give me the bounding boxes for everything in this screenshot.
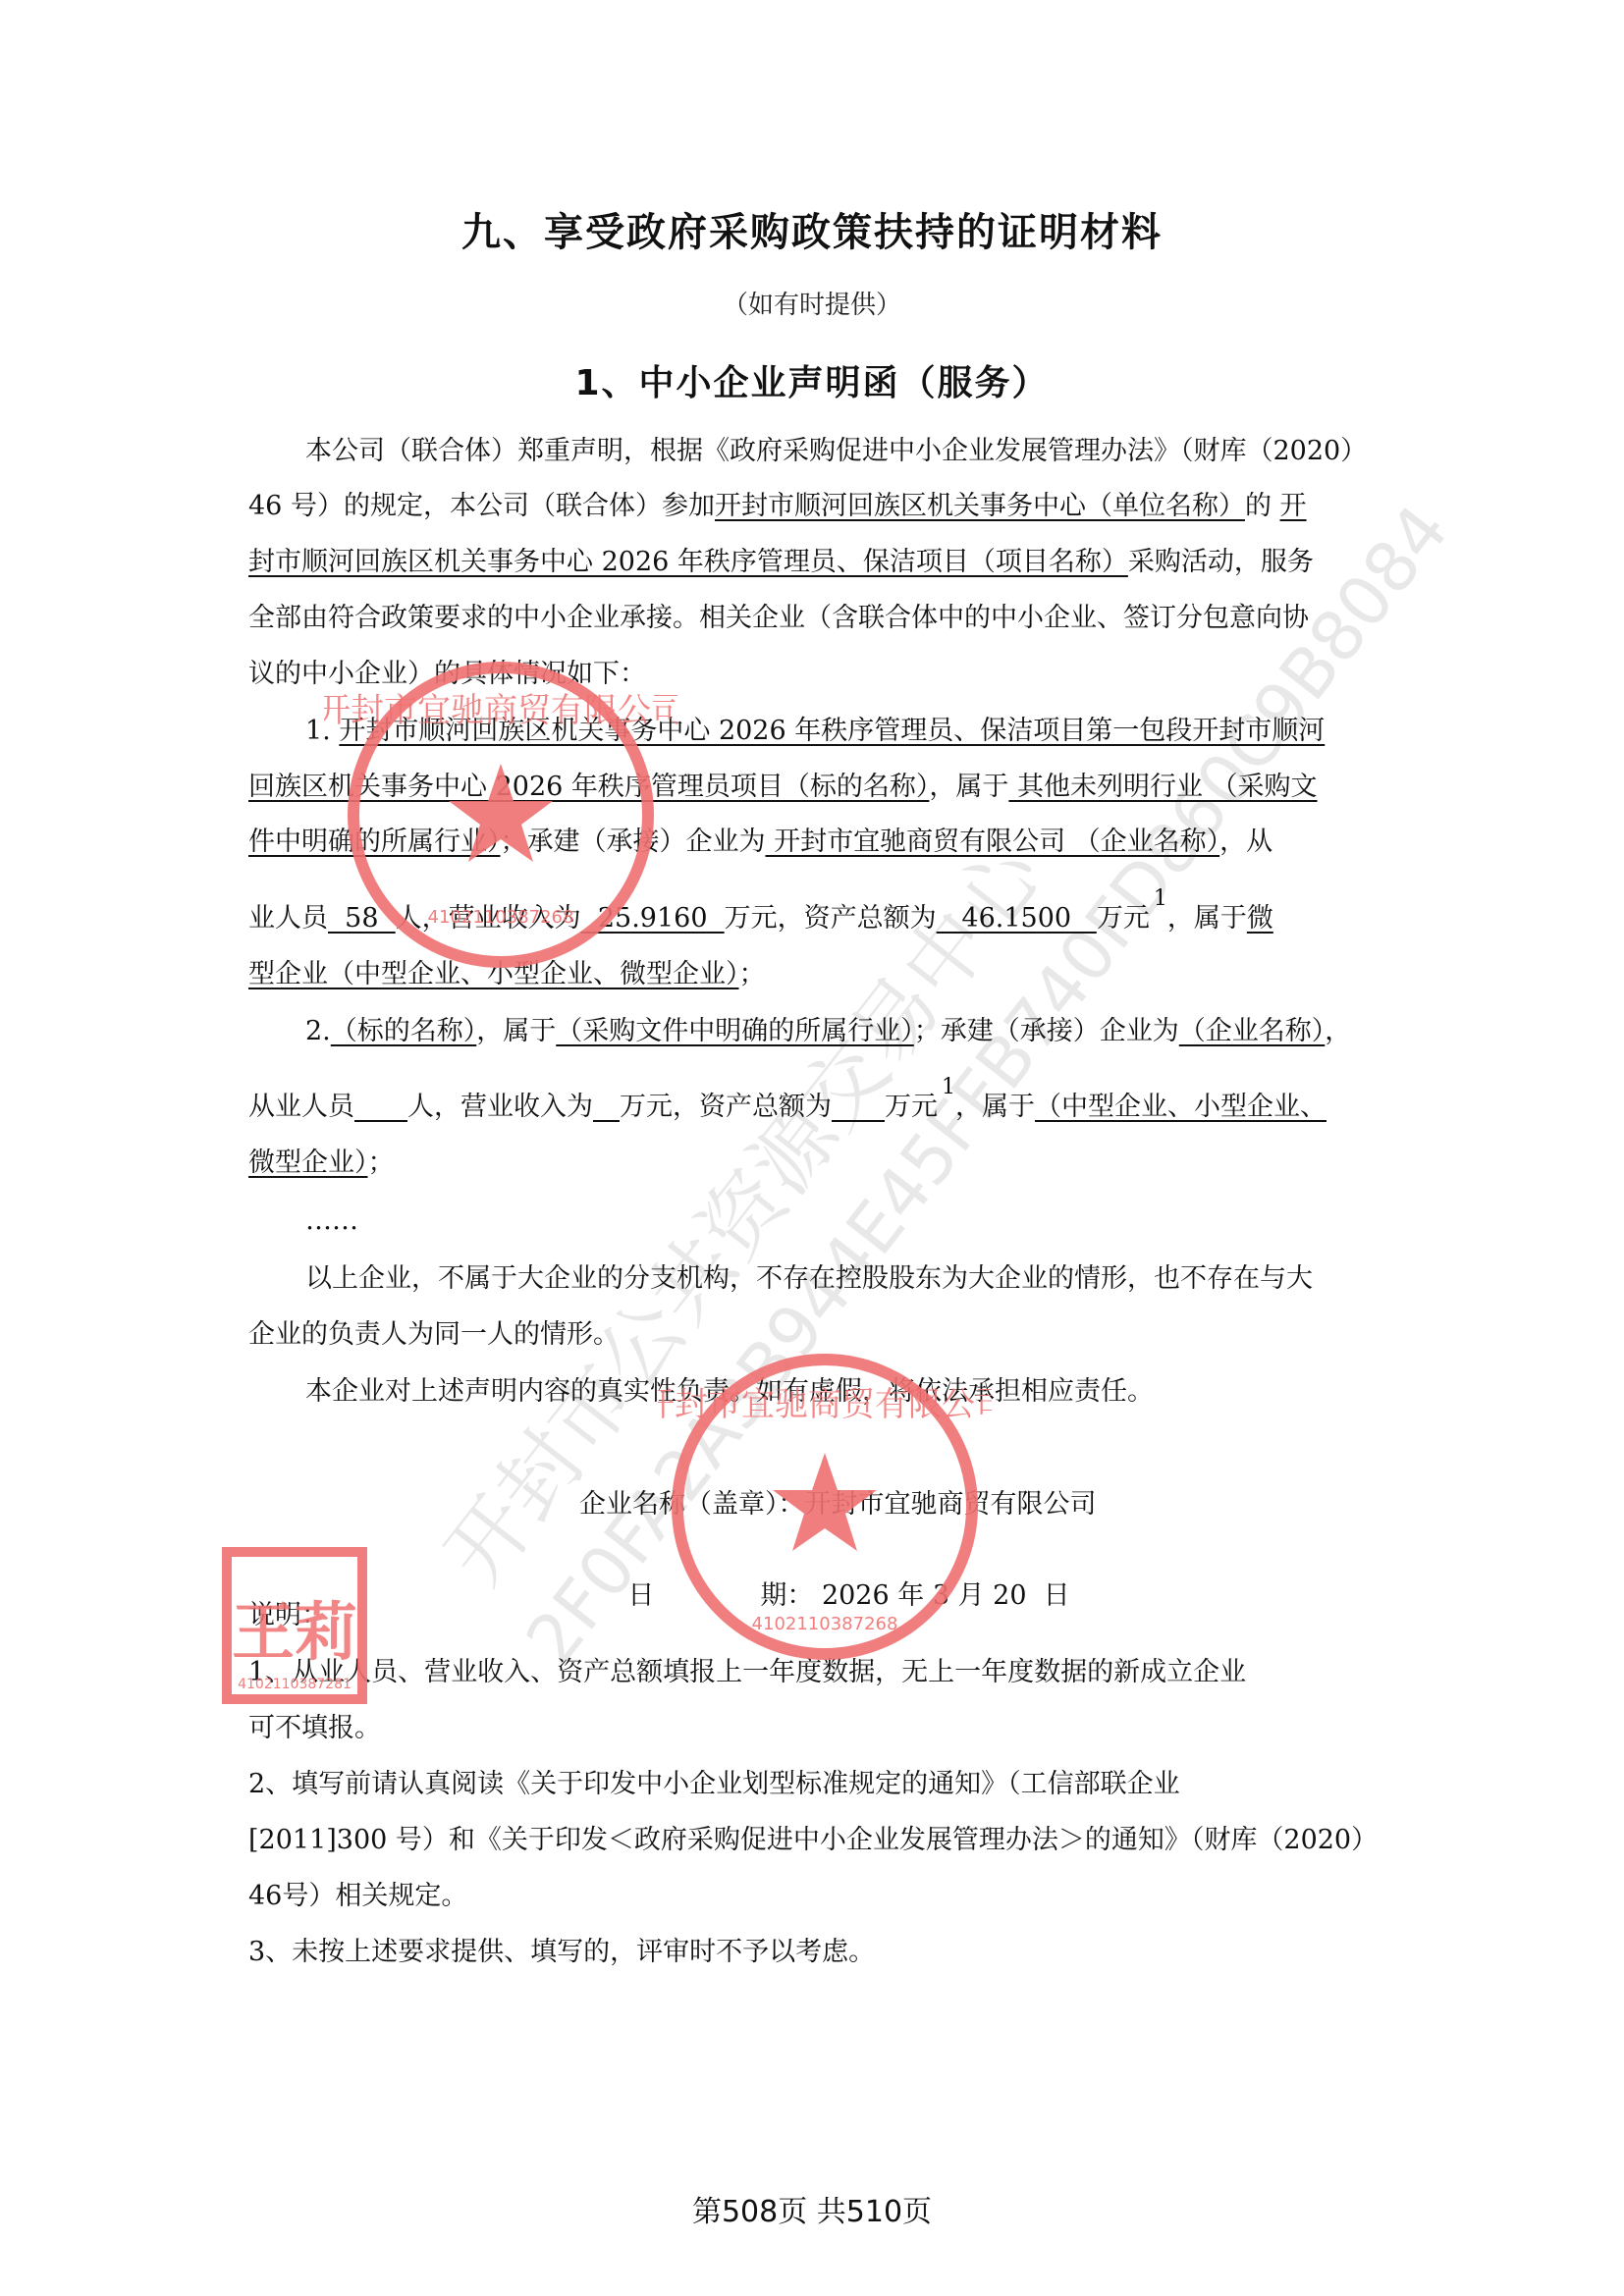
note-2-line-2: [2011]300 号）和《关于印发＜政府采购促进中小企业发展管理办法＞的通知》…: [248, 1823, 1387, 1858]
intro-line-5: 议的中小企业）的具体情况如下：: [248, 657, 1387, 692]
page-subtitle: （如有时提供）: [0, 285, 1624, 321]
employees-value: 58: [328, 903, 396, 934]
item1-line-5: 型企业（中型企业、小型企业、微型企业）；: [248, 957, 1387, 992]
company-value: 开封市宜驰商贸有限公司 （企业名称）: [766, 827, 1220, 857]
declaration-line-2: 企业的负责人为同一人的情形。: [248, 1317, 1387, 1353]
declaration-line-3: 本企业对上述声明内容的真实性负责。如有虚假，将依法承担相应责任。: [248, 1374, 1444, 1410]
page-title: 九、享受政府采购政策扶持的证明材料: [0, 201, 1624, 257]
intro-line-1: 本公司（联合体）郑重声明，根据《政府采购促进中小企业发展管理办法》（财库（202…: [248, 434, 1387, 469]
industry-value: 其他未列明行业 （采购文: [1008, 772, 1317, 802]
item2-line-2: 从业人员 人，营业收入为 万元，资产总额为 万元1，属于（中型企业、小型企业、: [248, 1090, 1387, 1127]
ellipsis: ……: [248, 1203, 1444, 1239]
signature-company-name: 开封市宜驰商贸有限公司: [805, 1489, 1097, 1520]
signature-company: 企业名称（盖章）：开封市宜驰商贸有限公司: [579, 1487, 1267, 1522]
item2-line-1: 2.（标的名称），属于（采购文件中明确的所属行业）；承建（承接）企业为（企业名称…: [248, 1014, 1444, 1049]
intro-line-2: 46 号）的规定，本公司（联合体）参加开封市顺河回族区机关事务中心（单位名称）的…: [248, 489, 1387, 524]
intro-line-3: 封市顺河回族区机关事务中心 2026 年秩序管理员、保洁项目（项目名称）采购活动…: [248, 545, 1387, 580]
footnote-marker: 1: [1154, 886, 1167, 911]
notes-heading: 说明：: [248, 1598, 1387, 1633]
item1-line-2: 回族区机关事务中心 2026 年秩序管理员项目（标的名称），属于 其他未列明行业…: [248, 770, 1387, 805]
assets-value: 46.1500: [937, 903, 1097, 934]
note-3: 3、未按上述要求提供、填写的，评审时不予以考虑。: [248, 1935, 1387, 1970]
revenue-value: 25.9160: [581, 903, 725, 934]
declaration-line-1: 以上企业，不属于大企业的分支机构，不存在控股股东为大企业的情形，也不存在与大: [248, 1261, 1444, 1297]
document-page: 开封市公共资源交易中心 2F0FA2A3B944E45FFB740FD860C9…: [0, 0, 1624, 2296]
item2-line-3: 微型企业）；: [248, 1146, 1387, 1181]
page-number-footer: 第508页 共510页: [0, 2187, 1624, 2230]
section-title: 1、中小企业声明函（服务）: [0, 355, 1624, 405]
intro-line-4: 全部由符合政策要求的中小企业承接。相关企业（含联合体中的中小企业、签订分包意向协: [248, 601, 1387, 636]
item1-line-1: 1. 开封市顺河回族区机关事务中心 2026 年秩序管理员、保洁项目第一包段开封…: [248, 714, 1444, 749]
note-2-line-3: 46号）相关规定。: [248, 1879, 1387, 1914]
note-2-line-1: 2、填写前请认真阅读《关于印发中小企业划型标准规定的通知》（工信部联企业: [248, 1767, 1387, 1802]
item1-line-3: 件中明确的所属行业）；承建（承接）企业为 开封市宜驰商贸有限公司 （企业名称），…: [248, 825, 1387, 860]
item1-line-4: 业人员 58 人，营业收入为 25.9160 万元，资产总额为 46.1500 …: [248, 901, 1387, 938]
note-1-line-2: 可不填报。: [248, 1711, 1387, 1746]
note-1-line-1: 1、从业人员、营业收入、资产总额填报上一年度数据，无上一年度数据的新成立企业: [248, 1655, 1387, 1690]
